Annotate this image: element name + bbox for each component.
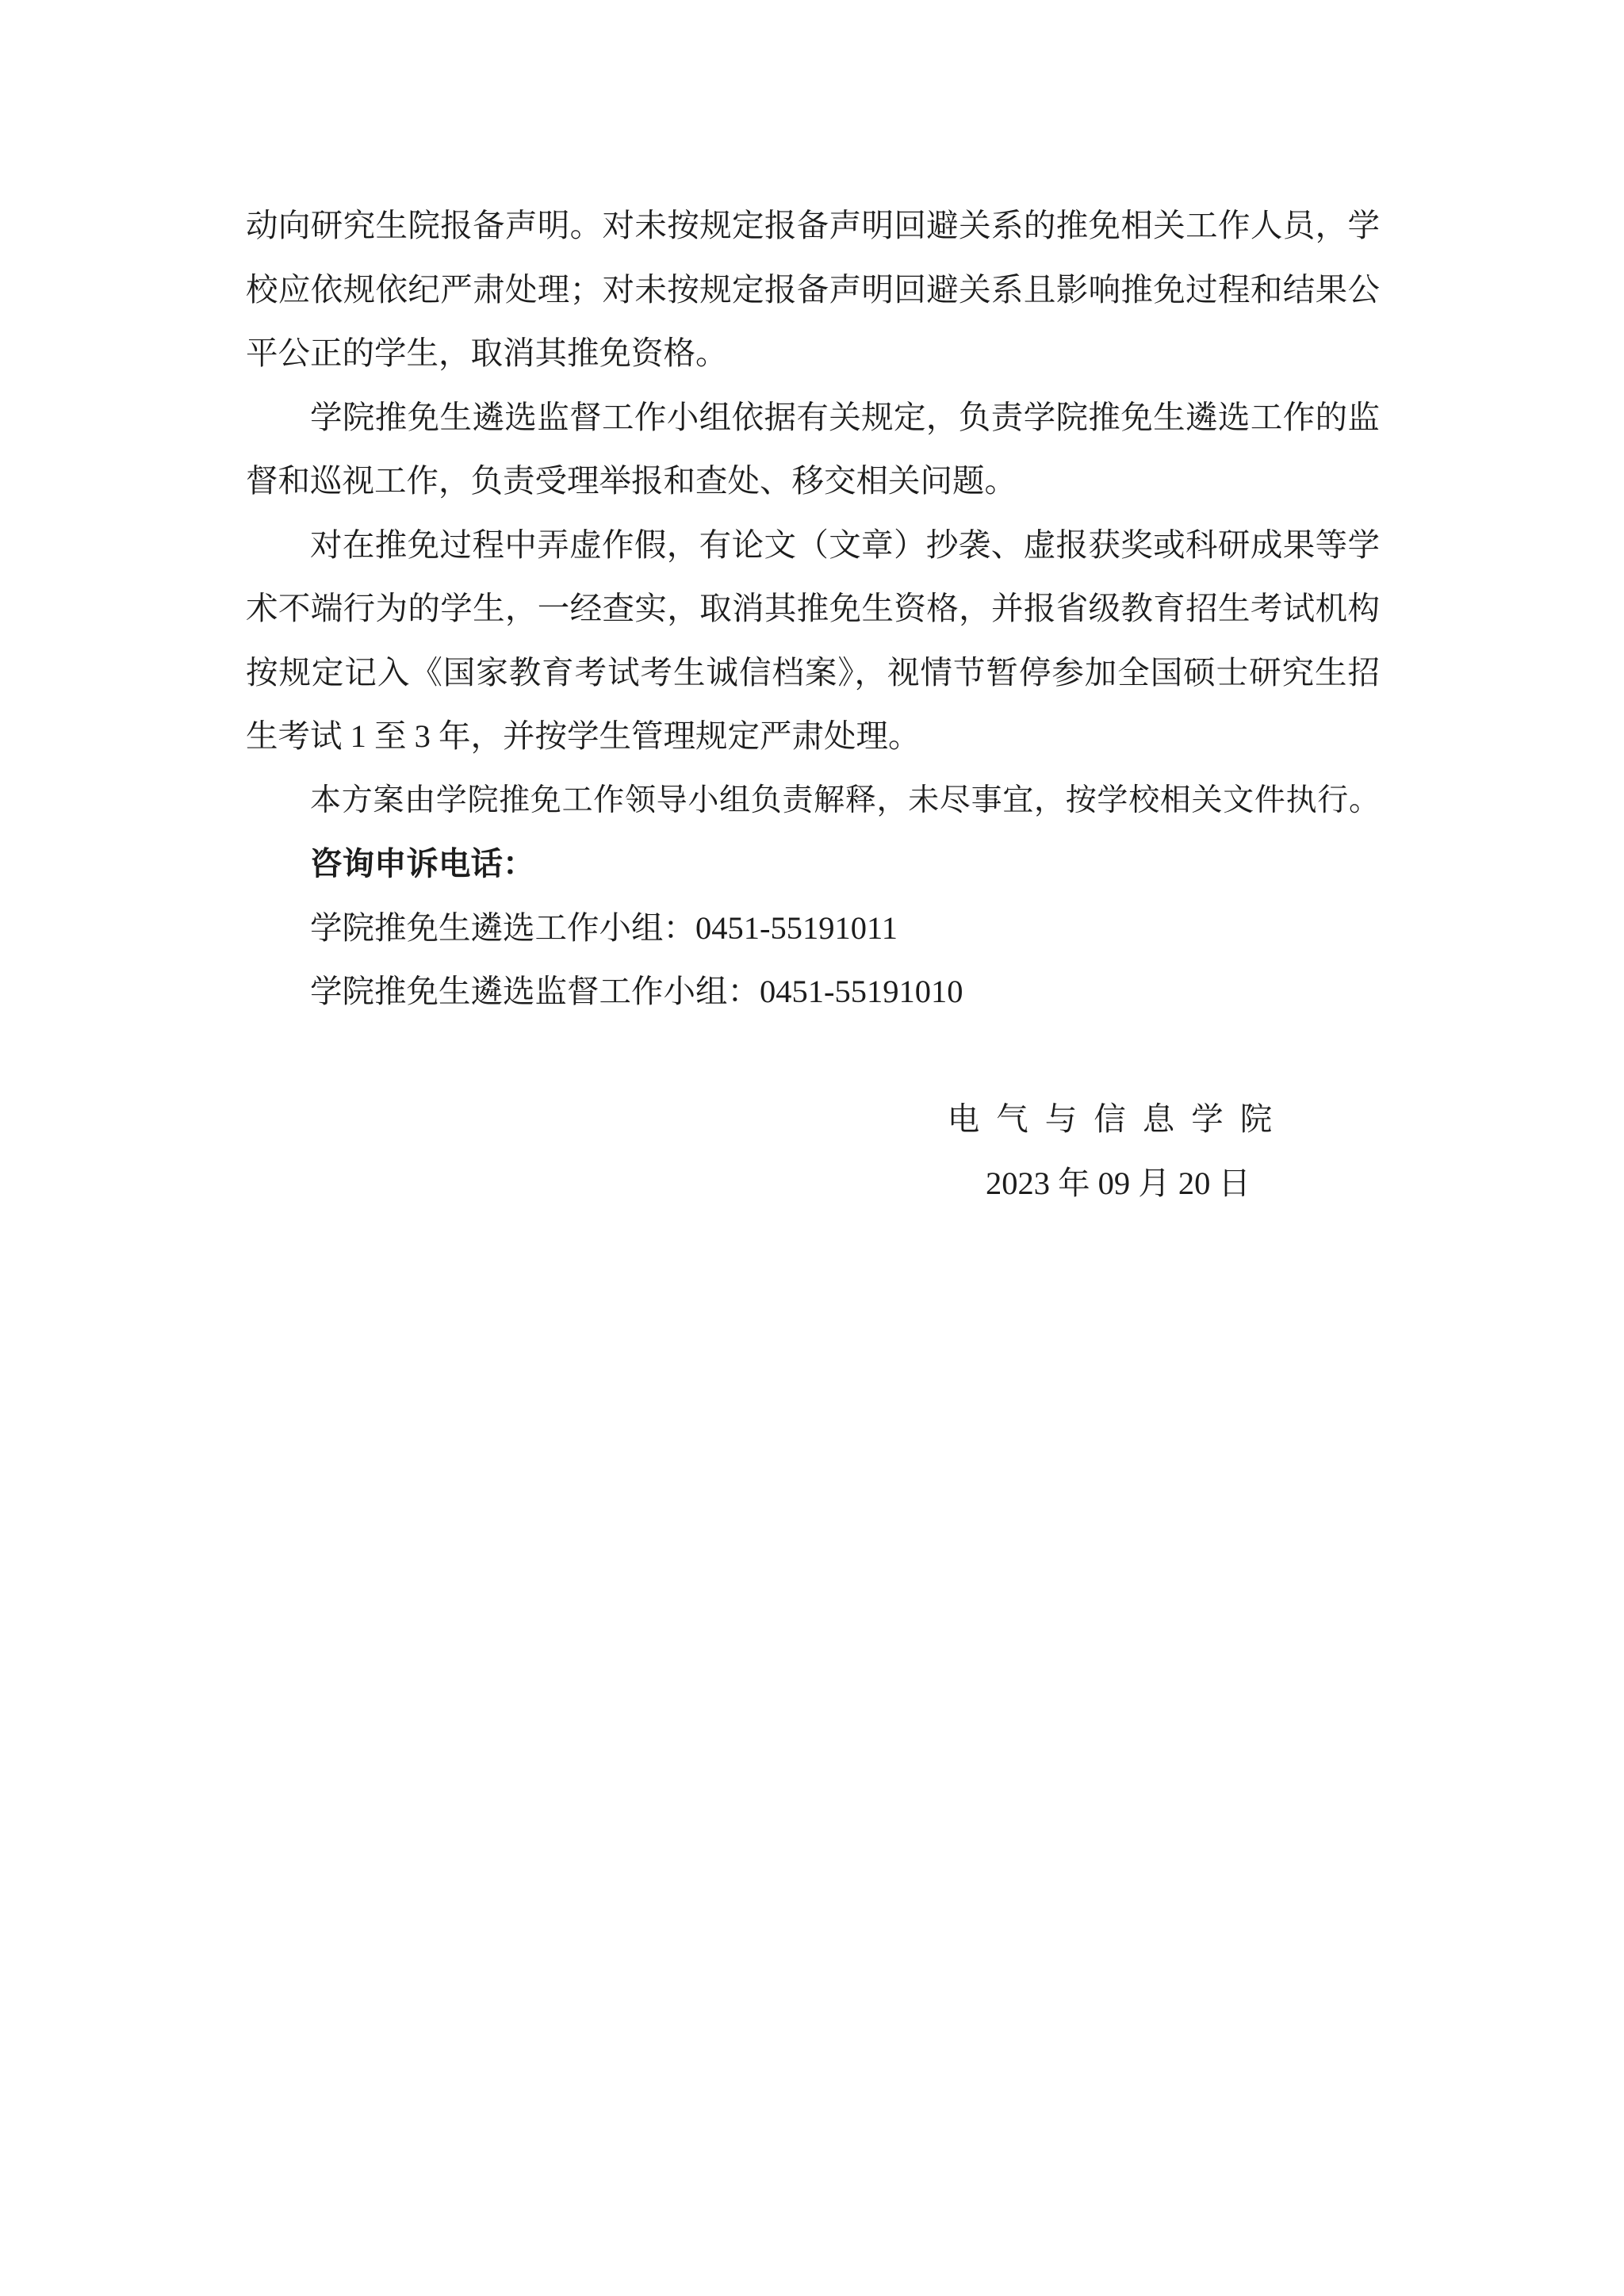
- document-line: 按规定记入《国家教育考试考生诚信档案》，视情节暂停参加全国硕士研究生招: [246, 641, 1380, 706]
- document-page: 动向研究生院报备声明。对未按规定报备声明回避关系的推免相关工作人员，学校应依规依…: [0, 0, 1624, 2296]
- paragraph-lines: 动向研究生院报备声明。对未按规定报备声明回避关系的推免相关工作人员，学校应依规依…: [246, 194, 1380, 1088]
- document-line: 咨询申诉电话：: [246, 832, 1380, 897]
- signature-organization: 电气与信息学院: [880, 1088, 1356, 1152]
- blank-line: [246, 1024, 1380, 1089]
- document-line: 对在推免过程中弄虚作假，有论文（文章）抄袭、虚报获奖或科研成果等学: [246, 514, 1380, 578]
- document-line: 本方案由学院推免工作领导小组负责解释，未尽事宜，按学校相关文件执行。: [246, 769, 1380, 833]
- document-line: 学院推免生遴选监督工作小组依据有关规定，负责学院推免生遴选工作的监: [246, 386, 1380, 450]
- document-line: 平公正的学生，取消其推免资格。: [246, 322, 1380, 386]
- signature-block: 电气与信息学院 2023 年 09 月 20 日: [880, 1088, 1356, 1215]
- document-line: 生考试 1 至 3 年，并按学生管理规定严肃处理。: [246, 705, 1380, 769]
- document-line: 动向研究生院报备声明。对未按规定报备声明回避关系的推免相关工作人员，学: [246, 194, 1380, 258]
- document-line: 督和巡视工作，负责受理举报和查处、移交相关问题。: [246, 450, 1380, 514]
- signature-date: 2023 年 09 月 20 日: [880, 1152, 1356, 1216]
- document-body: 动向研究生院报备声明。对未按规定报备声明回避关系的推免相关工作人员，学校应依规依…: [246, 194, 1380, 1215]
- document-line: 学院推免生遴选监督工作小组：0451-55191010: [246, 960, 1380, 1024]
- document-line: 术不端行为的学生，一经查实，取消其推免生资格，并报省级教育招生考试机构: [246, 577, 1380, 641]
- document-line: 校应依规依纪严肃处理；对未按规定报备声明回避关系且影响推免过程和结果公: [246, 258, 1380, 323]
- document-line: 学院推免生遴选工作小组：0451-55191011: [246, 897, 1380, 961]
